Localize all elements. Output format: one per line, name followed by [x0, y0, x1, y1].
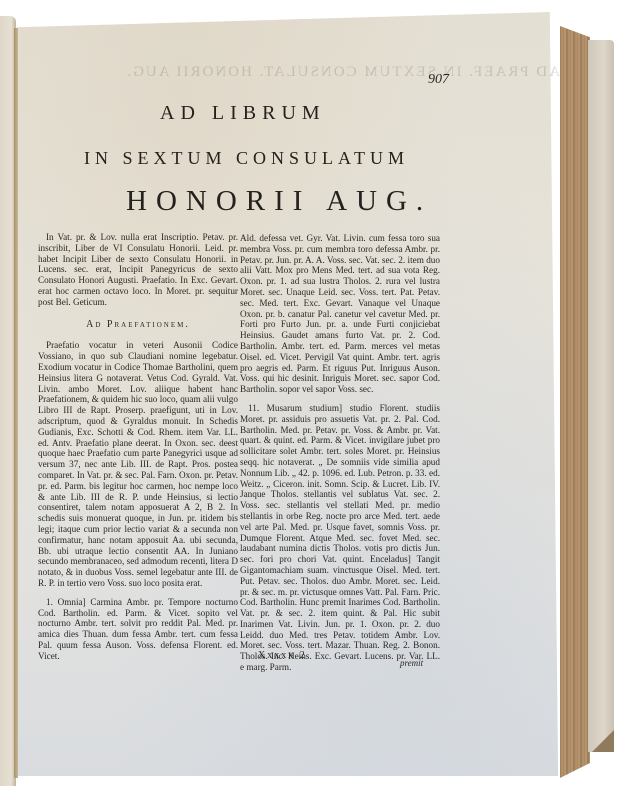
- note-11: 11. Musarum studium] studio Florent. stu…: [240, 403, 440, 673]
- title-line-3: HONORII AUG.: [126, 185, 432, 218]
- section-heading: Ad Praefationem.: [38, 320, 238, 331]
- note-1: 1. Omnia] Carmina Ambr. pr. Tempore noct…: [38, 597, 238, 662]
- page-number: 907: [428, 72, 449, 88]
- intro-paragraph: In Vat. pr. & Lov. nulla erat Inscriptio…: [38, 232, 238, 308]
- book-cover: [588, 40, 614, 752]
- fore-edge: [560, 26, 590, 778]
- book-photo: AD PRAEF. IN SEXTUM CONSULAT. HONORII AU…: [0, 0, 629, 800]
- continuation-paragraph: Ald. defessa vet. Gyr. Vat. Livin. cum f…: [240, 233, 440, 395]
- right-column: Ald. defessa vet. Gyr. Vat. Livin. cum f…: [240, 233, 440, 673]
- title-line-1: AD LIBRUM: [160, 102, 326, 125]
- left-column: In Vat. pr. & Lov. nulla erat Inscriptio…: [38, 232, 238, 661]
- signature-mark: Xxxxx 2: [258, 650, 307, 661]
- bleedthrough-running-head: AD PRAEF. IN SEXTUM CONSULAT. HONORII AU…: [120, 64, 560, 81]
- body-paragraph: Praefatio vocatur in veteri Ausonii Codi…: [38, 340, 238, 588]
- gutter: [14, 28, 18, 778]
- title-line-2: IN SEXTUM CONSULATUM: [84, 148, 409, 169]
- catchword: premit: [400, 658, 423, 668]
